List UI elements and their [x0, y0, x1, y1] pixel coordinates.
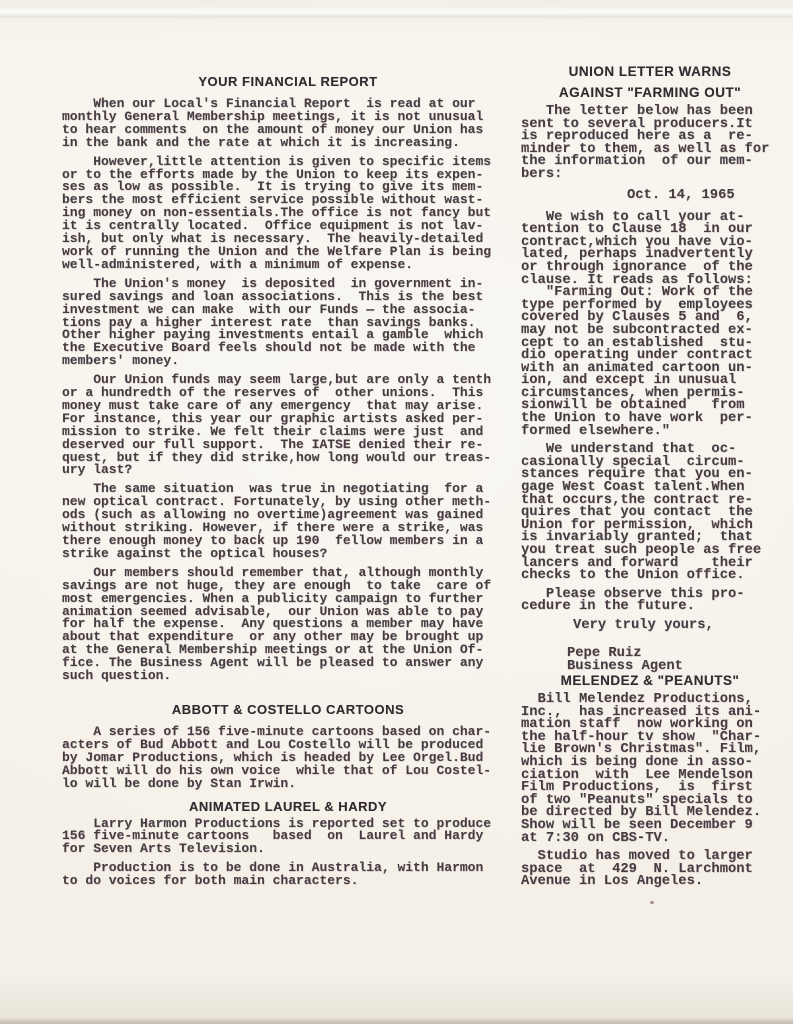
heading-your-financial-report: YOUR FINANCIAL REPORT: [62, 74, 514, 89]
financial-paragraph-1: When our Local's Financial Report is rea…: [62, 98, 514, 150]
financial-paragraph-2: However,little attention is given to spe…: [62, 156, 514, 272]
section-melendez-peanuts: MELENDEZ & "PEANUTS" Bill Melendez Produ…: [521, 673, 779, 889]
letter-intro: The letter below has been sent to severa…: [521, 106, 779, 182]
melendez-paragraph-1: Bill Melendez Productions, Inc., has inc…: [521, 694, 779, 845]
heading-union-letter-line2: AGAINST "FARMING OUT": [521, 85, 779, 100]
financial-paragraph-3: The Union's money is deposited in govern…: [62, 278, 514, 368]
letter-valediction: Very truly yours,: [521, 620, 779, 633]
laurel-paragraph-1: Larry Harmon Productions is reported set…: [62, 818, 514, 857]
signature-title: Business Agent: [521, 660, 779, 673]
section-abbott-costello: ABBOTT & COSTELLO CARTOONS A series of 1…: [62, 702, 514, 791]
signature-block: Pepe Ruiz Business Agent: [521, 647, 779, 673]
heading-laurel-hardy: ANIMATED LAUREL & HARDY: [62, 799, 514, 814]
letter-closing: Please observe this pro- cedure in the f…: [521, 589, 779, 614]
laurel-paragraph-2: Production is to be done in Australia, w…: [62, 862, 514, 888]
left-column: YOUR FINANCIAL REPORT When our Local's F…: [62, 74, 514, 894]
fold-crease-top: [0, 7, 793, 19]
heading-union-letter-line1: UNION LETTER WARNS: [521, 64, 779, 79]
letter-body-1: We wish to call your at- tention to Clau…: [521, 212, 779, 439]
heading-melendez-peanuts: MELENDEZ & "PEANUTS": [521, 673, 779, 688]
section-laurel-hardy: ANIMATED LAUREL & HARDY Larry Harmon Pro…: [62, 799, 514, 889]
melendez-paragraph-2: Studio has moved to larger space at 429 …: [521, 851, 779, 889]
page-bottom-edge: [0, 1017, 793, 1024]
section-union-letter: UNION LETTER WARNS AGAINST "FARMING OUT"…: [521, 64, 779, 673]
scanned-newsletter-page: YOUR FINANCIAL REPORT When our Local's F…: [0, 0, 793, 1024]
section-financial-report: YOUR FINANCIAL REPORT When our Local's F…: [62, 74, 514, 683]
financial-paragraph-4: Our Union funds may seem large,but are o…: [62, 374, 514, 477]
signature-name: Pepe Ruiz: [521, 647, 779, 660]
right-column: UNION LETTER WARNS AGAINST "FARMING OUT"…: [521, 64, 779, 895]
financial-paragraph-5: The same situation was true in negotiati…: [62, 483, 514, 560]
financial-paragraph-6: Our members should remember that, althou…: [62, 567, 514, 683]
scan-speck: [650, 901, 654, 904]
abbott-paragraph-1: A series of 156 five-minute cartoons bas…: [62, 726, 514, 791]
heading-abbott-costello: ABBOTT & COSTELLO CARTOONS: [62, 702, 514, 717]
letter-date: Oct. 14, 1965: [521, 188, 779, 203]
letter-body-2: We understand that oc- casionally specia…: [521, 444, 779, 583]
